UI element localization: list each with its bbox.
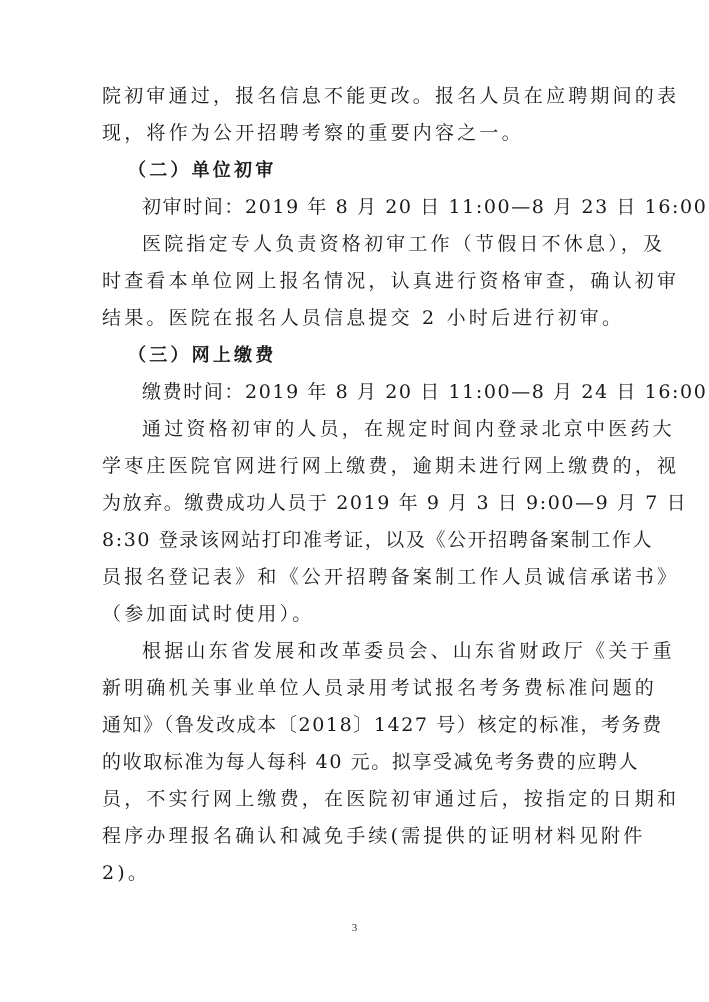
paragraph-line: 现，将作为公开招聘考察的重要内容之一。 (102, 115, 594, 152)
page-number: 3 (0, 922, 709, 934)
paragraph-line: 为放弃。缴费成功人员于 2019 年 9 月 3 日 9:00—9 月 7 日 (102, 485, 594, 522)
paragraph-line: 医院指定专人负责资格初审工作（节假日不休息），及 (102, 226, 594, 263)
paragraph-line: 2)。 (102, 855, 594, 892)
paragraph-line: 8:30 登录该网站打印准考证，以及《公开招聘备案制工作人 (102, 522, 594, 559)
paragraph-line: 员报名登记表》和《公开招聘备案制工作人员诚信承诺书》 (102, 559, 594, 596)
section-heading-unit-review: （二）单位初审 (102, 152, 594, 189)
payment-time-line: 缴费时间：2019 年 8 月 20 日 11:00—8 月 24 日 16:0… (102, 374, 594, 411)
paragraph-line: 程序办理报名确认和减免手续(需提供的证明材料见附件 (102, 818, 594, 855)
review-time-line: 初审时间：2019 年 8 月 20 日 11:00—8 月 23 日 16:0… (102, 189, 594, 226)
paragraph-line: 学枣庄医院官网进行网上缴费，逾期未进行网上缴费的，视 (102, 448, 594, 485)
paragraph-line: 的收取标准为每人每科 40 元。拟享受减免考务费的应聘人 (102, 744, 594, 781)
paragraph-line: 院初审通过，报名信息不能更改。报名人员在应聘期间的表 (102, 78, 594, 115)
paragraph-line: 通知》（鲁发改成本〔2018〕1427 号）核定的标准，考务费 (102, 707, 594, 744)
paragraph-line: 员，不实行网上缴费，在医院初审通过后，按指定的日期和 (102, 781, 594, 818)
paragraph-line: （参加面试时使用）。 (102, 596, 594, 633)
paragraph-line: 通过资格初审的人员，在规定时间内登录北京中医药大 (102, 411, 594, 448)
document-page: 院初审通过，报名信息不能更改。报名人员在应聘期间的表 现，将作为公开招聘考察的重… (102, 78, 594, 892)
paragraph-line: 结果。医院在报名人员信息提交 2 小时后进行初审。 (102, 300, 594, 337)
section-heading-online-payment: （三）网上缴费 (102, 337, 594, 374)
paragraph-line: 新明确机关事业单位人员录用考试报名考务费标准问题的 (102, 670, 594, 707)
paragraph-line: 根据山东省发展和改革委员会、山东省财政厅《关于重 (102, 633, 594, 670)
paragraph-line: 时查看本单位网上报名情况，认真进行资格审查，确认初审 (102, 263, 594, 300)
